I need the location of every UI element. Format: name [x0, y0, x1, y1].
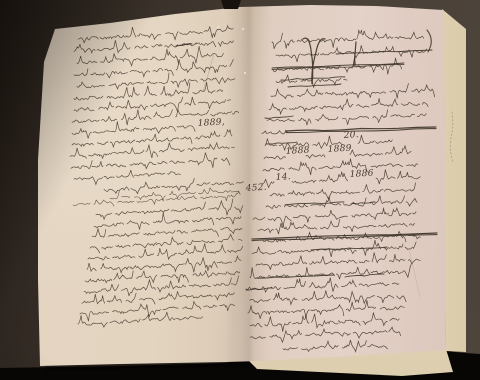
legible-fragment: 14. — [275, 172, 291, 183]
legible-fragment: 1886 — [349, 169, 374, 180]
legible-fragment: 1888 — [285, 146, 310, 157]
legible-fragment: 1889, — [197, 117, 225, 129]
legible-text-layer: 1889,20.1888188914.1886452. — [0, 0, 480, 380]
legible-fragment: 20. — [343, 130, 359, 141]
photo-backdrop: Photograph of an opened two-page handwri… — [0, 0, 480, 380]
legible-fragment: 1889 — [327, 144, 352, 155]
legible-fragment: 452. — [245, 183, 267, 194]
